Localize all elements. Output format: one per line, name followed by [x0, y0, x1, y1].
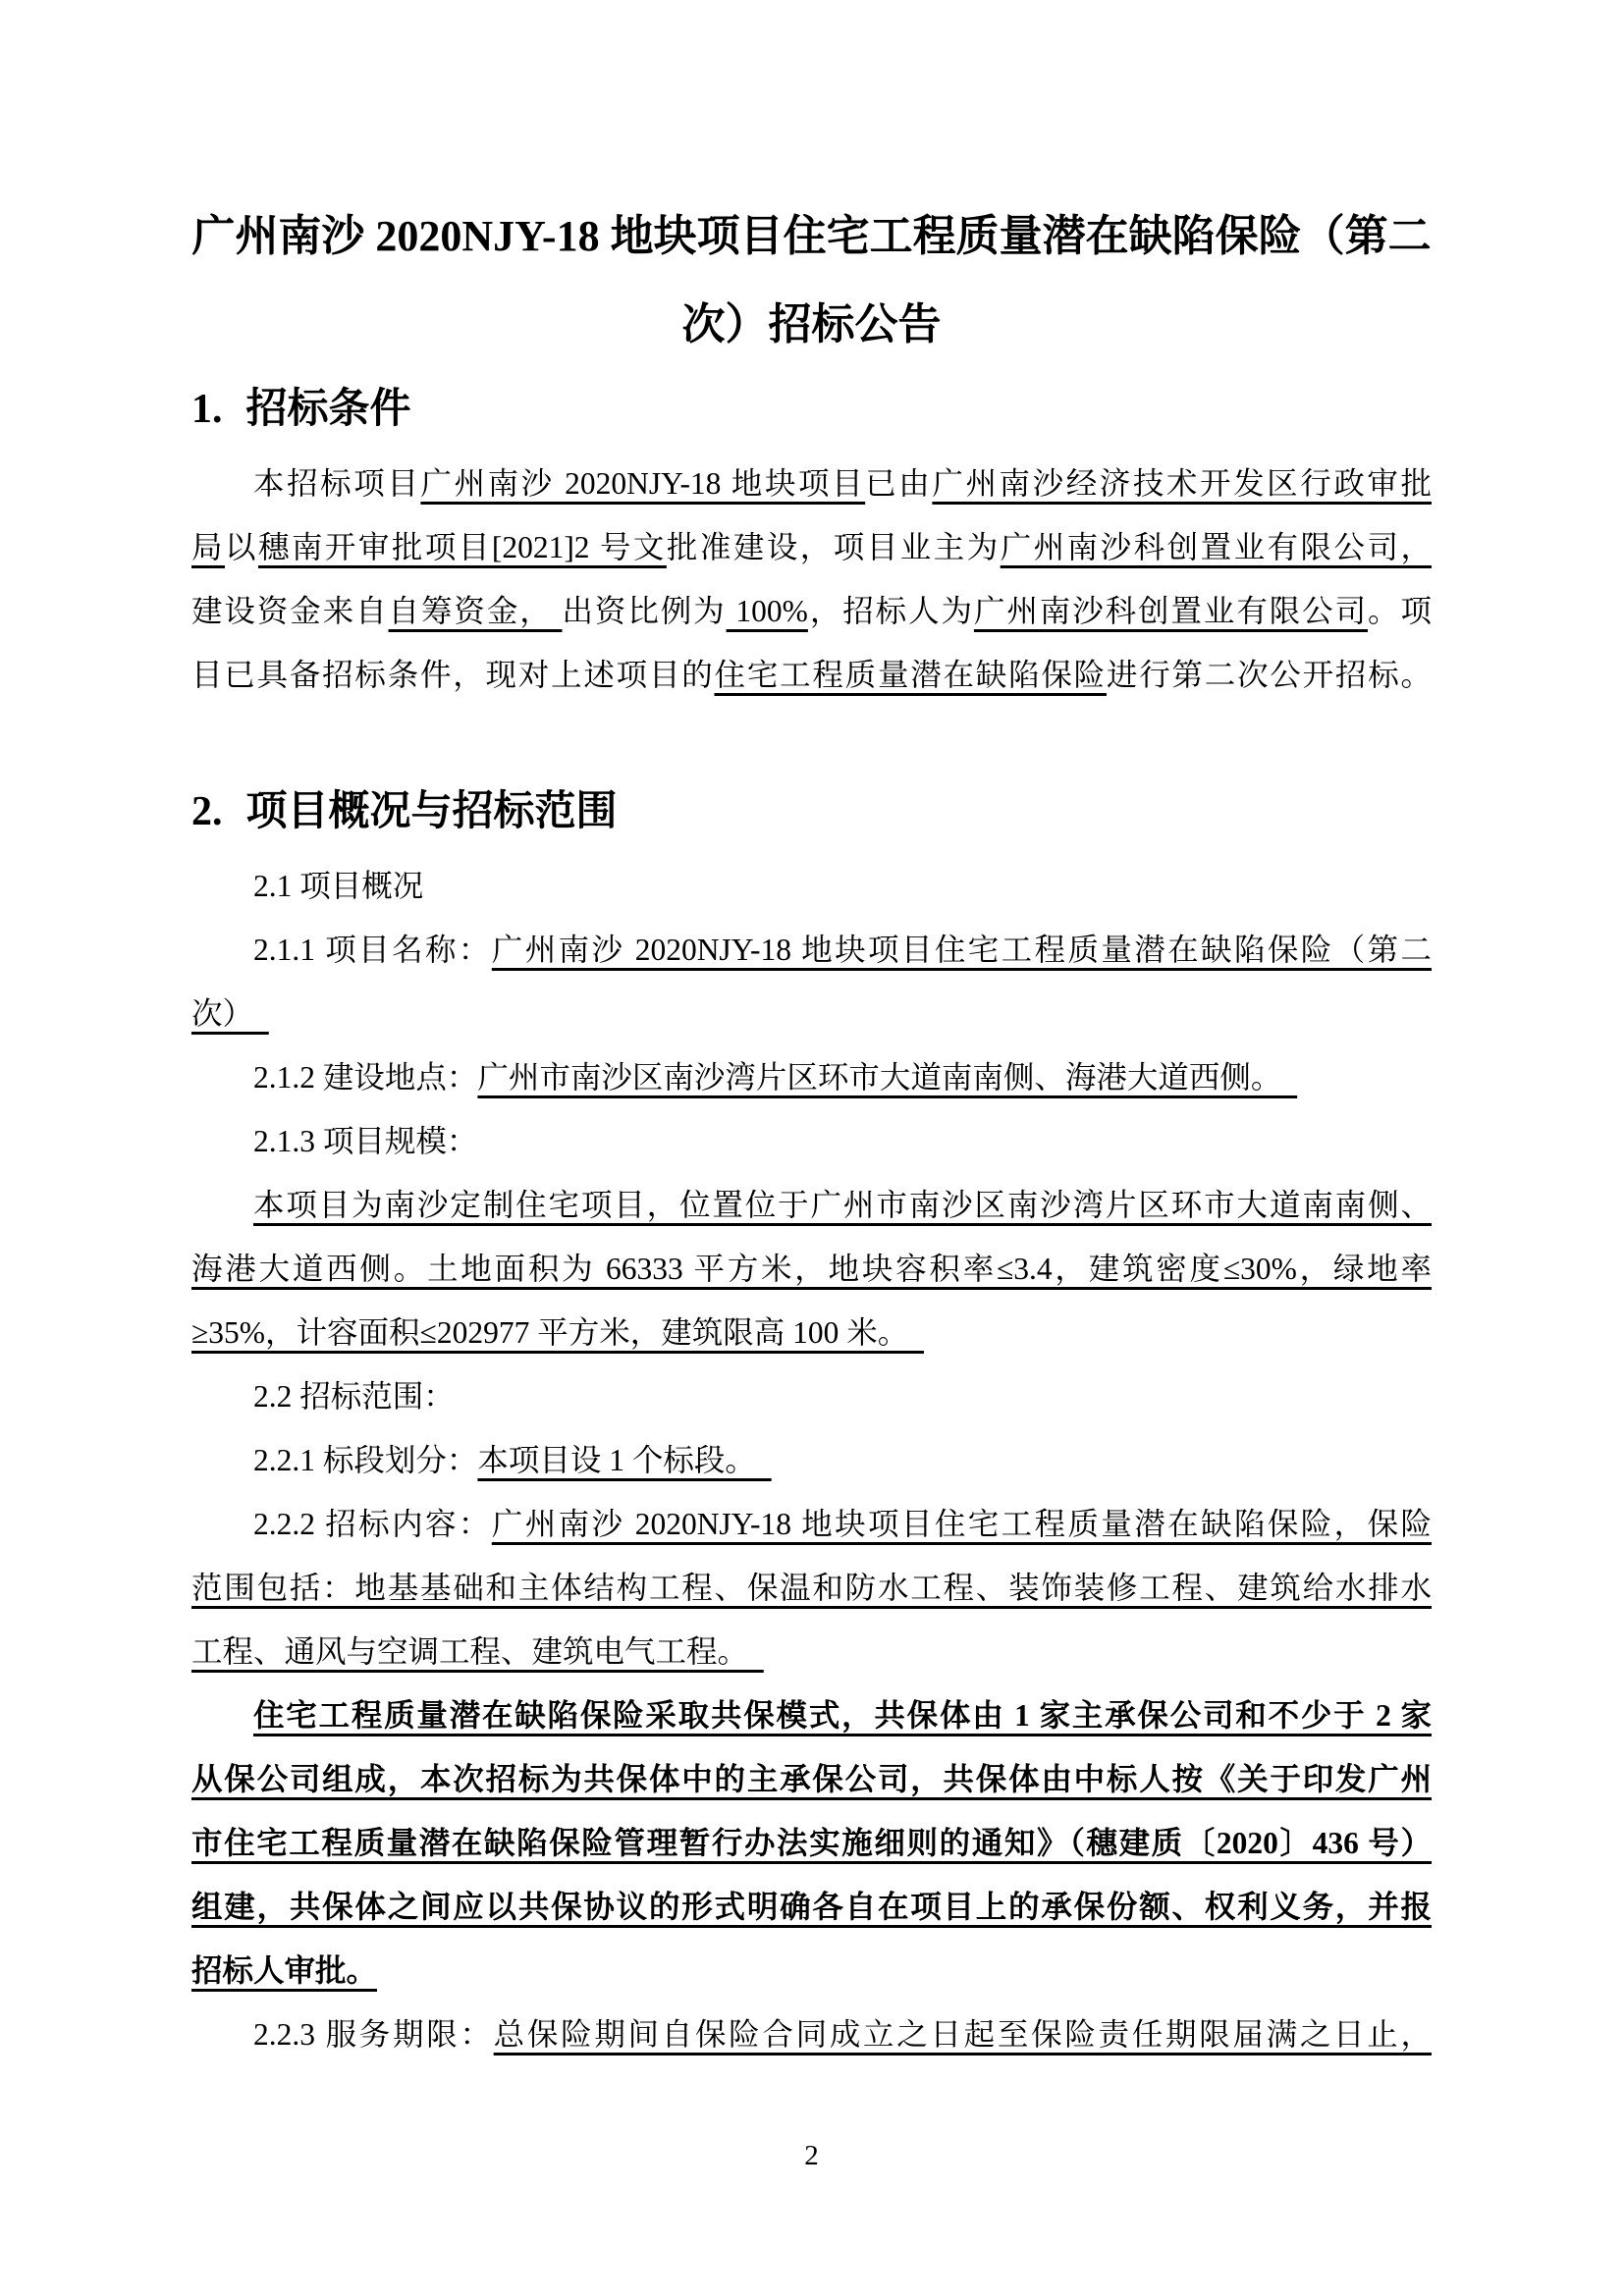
text-line: 建设资金来自自筹资金， 出资比例为 100%，招标人为广州南沙科创置业有限公司。…	[191, 579, 1432, 643]
text-run: 从保公司组成，本次招标为共保体中的主承保公司，共保体由中标人按《关于印发广州	[191, 1762, 1432, 1796]
text-line: 海港大道西侧。土地面积为 66333 平方米，地块容积率≤3.4，建筑密度≤30…	[191, 1237, 1432, 1301]
text-run: ≥35%，计容面积≤202977 平方米，建筑限高 100 米。	[191, 1315, 924, 1350]
text-run: 局	[191, 530, 225, 564]
text-line: 2.1.1 项目名称：广州南沙 2020NJY-18 地块项目住宅工程质量潜在缺…	[191, 918, 1432, 982]
text-run: 穗南开审批项目[2021]2 号文	[258, 530, 667, 564]
text-line: 2.2.1 标段划分：本项目设 1 个标段。	[191, 1428, 1432, 1492]
text-line: 本招标项目广州南沙 2020NJY-18 地块项目已由广州南沙经济技术开发区行政…	[191, 452, 1432, 515]
text-line: ≥35%，计容面积≤202977 平方米，建筑限高 100 米。	[191, 1301, 1432, 1364]
text-run: 招标人审批。	[191, 1953, 377, 1988]
text-line: 市住宅工程质量潜在缺陷保险管理暂行办法实施细则的通知》（穗建质〔2020〕436…	[191, 1811, 1432, 1875]
text-line: 从保公司组成，本次招标为共保体中的主承保公司，共保体由中标人按《关于印发广州	[191, 1747, 1432, 1811]
document-page: 广州南沙 2020NJY-18 地块项目住宅工程质量潜在缺陷保险（第二 次）招标…	[0, 0, 1624, 2296]
section-heading: 1.招标条件	[191, 381, 1432, 438]
text-run: 次）	[191, 996, 269, 1031]
text-run: 广州南沙经济技术开发区行政审批	[932, 466, 1432, 501]
paragraph: 住宅工程质量潜在缺陷保险采取共保模式，共保体由 1 家主承保公司和不少于 2 家…	[191, 1683, 1432, 2002]
paragraph: 本项目为南沙定制住宅项目，位置位于广州市南沙区南沙湾片区环市大道南南侧、海港大道…	[191, 1173, 1432, 1364]
page-footer: 2	[191, 2135, 1432, 2176]
text-line: 2.2.2 招标内容：广州南沙 2020NJY-18 地块项目住宅工程质量潜在缺…	[191, 1492, 1432, 1556]
text-run: 广州南沙科创置业有限公司，	[1001, 530, 1432, 564]
text-run: 2.2.2 招标内容：	[253, 1507, 492, 1541]
text-run: 批准建设，项目业主为	[667, 530, 1001, 564]
text-run: 住宅工程质量潜在缺陷保险	[715, 658, 1107, 692]
text-run: 市住宅工程质量潜在缺陷保险管理暂行办法实施细则的通知》（穗建质〔2020〕436…	[191, 1826, 1432, 1860]
text-line: 2.1 项目概况	[191, 854, 1432, 918]
section-heading: 2.项目概况与招标范围	[191, 783, 1432, 840]
text-line: 住宅工程质量潜在缺陷保险采取共保模式，共保体由 1 家主承保公司和不少于 2 家	[191, 1683, 1432, 1747]
heading-number: 1.	[191, 387, 223, 432]
text-line: 2.1.2 建设地点：广州市南沙区南沙湾片区环市大道南南侧、海港大道西侧。	[191, 1045, 1432, 1109]
text-run: 广州南沙 2020NJY-18 地块项目住宅工程质量潜在缺陷保险（第二	[492, 933, 1432, 967]
text-run: 2.1.2 建设地点：	[253, 1060, 477, 1095]
heading-number: 2.	[191, 789, 223, 834]
text-run: 组建，共保体之间应以共保协议的形式明确各自在项目上的承保份额、权利义务，并报	[191, 1890, 1432, 1924]
text-run: 100%	[727, 594, 808, 628]
text-run: 目已具备招标条件，现对上述项目的	[191, 658, 715, 692]
heading-text: 项目概况与招标范围	[246, 789, 618, 834]
text-run: 出资比例为	[562, 594, 726, 628]
page-number: 2	[804, 2140, 819, 2171]
text-run: 2.1 项目概况	[253, 869, 423, 903]
text-line: 范围包括：地基基础和主体结构工程、保温和防水工程、装饰装修工程、建筑给水排水	[191, 1556, 1432, 1620]
text-run: 2.2 招标范围：	[253, 1379, 455, 1414]
text-line: 次）	[191, 982, 1432, 1045]
text-run: 总保险期间自保险合同成立之日起至保险责任期限届满之日止，	[494, 2017, 1432, 2052]
paragraph: 2.1 项目概况	[191, 854, 1432, 918]
paragraph: 2.1.1 项目名称：广州南沙 2020NJY-18 地块项目住宅工程质量潜在缺…	[191, 918, 1432, 1045]
text-run: 住宅工程质量潜在缺陷保险采取共保模式，共保体由 1 家主承保公司和不少于 2 家	[253, 1698, 1432, 1733]
document-title-line2: 次）招标公告	[191, 281, 1432, 369]
text-run: 广州南沙科创置业有限公司	[974, 594, 1368, 628]
text-run: 范围包括：地基基础和主体结构工程、保温和防水工程、装饰装修工程、建筑给水排水	[191, 1571, 1432, 1605]
text-run: 广州市南沙区南沙湾片区环市大道南南侧、海港大道西侧。	[477, 1060, 1297, 1095]
text-run: 2.2.1 标段划分：	[253, 1443, 477, 1477]
text-run: 广州南沙 2020NJY-18 地块项目	[420, 466, 865, 501]
text-line: 2.2 招标范围：	[191, 1364, 1432, 1428]
paragraph: 2.2 招标范围：	[191, 1364, 1432, 1428]
text-line: 组建，共保体之间应以共保协议的形式明确各自在项目上的承保份额、权利义务，并报	[191, 1875, 1432, 1939]
text-run: 已由	[865, 466, 932, 501]
text-run: 本项目为南沙定制住宅项目，位置位于广州市南沙区南沙湾片区环市大道南南侧、	[253, 1188, 1432, 1222]
text-run: ，招标人为	[808, 594, 974, 628]
text-run: 海港大道西侧。土地面积为 66333 平方米，地块容积率≤3.4，建筑密度≤30…	[191, 1252, 1432, 1286]
document-body: 1.招标条件本招标项目广州南沙 2020NJY-18 地块项目已由广州南沙经济技…	[191, 381, 1432, 2066]
text-run: 本招标项目	[253, 466, 420, 501]
text-run: 建设资金来自	[191, 594, 389, 628]
text-run: 2.1.1 项目名称：	[253, 933, 492, 967]
text-run: 以	[225, 530, 258, 564]
text-line: 2.1.3 项目规模：	[191, 1109, 1432, 1173]
text-line: 本项目为南沙定制住宅项目，位置位于广州市南沙区南沙湾片区环市大道南南侧、	[191, 1173, 1432, 1237]
paragraph: 2.1.2 建设地点：广州市南沙区南沙湾片区环市大道南南侧、海港大道西侧。	[191, 1045, 1432, 1109]
document-title-line1: 广州南沙 2020NJY-18 地块项目住宅工程质量潜在缺陷保险（第二	[191, 192, 1432, 281]
text-run: 自筹资金，	[389, 594, 563, 628]
text-run: 。项	[1368, 594, 1432, 628]
text-run: 2.1.3 项目规模：	[253, 1124, 477, 1158]
text-line: 工程、通风与空调工程、建筑电气工程。	[191, 1620, 1432, 1683]
text-run: 进行第二次公开招标。	[1107, 658, 1432, 692]
paragraph: 2.2.3 服务期限：总保险期间自保险合同成立之日起至保险责任期限届满之日止，	[191, 2002, 1432, 2066]
paragraph: 本招标项目广州南沙 2020NJY-18 地块项目已由广州南沙经济技术开发区行政…	[191, 452, 1432, 707]
heading-text: 招标条件	[246, 387, 411, 432]
text-line: 2.2.3 服务期限：总保险期间自保险合同成立之日起至保险责任期限届满之日止，	[191, 2002, 1432, 2066]
text-run: 2.2.3 服务期限：	[253, 2017, 494, 2052]
paragraph: 2.2.2 招标内容：广州南沙 2020NJY-18 地块项目住宅工程质量潜在缺…	[191, 1492, 1432, 1683]
text-line: 目已具备招标条件，现对上述项目的住宅工程质量潜在缺陷保险进行第二次公开招标。	[191, 643, 1432, 707]
paragraph: 2.1.3 项目规模：	[191, 1109, 1432, 1173]
text-run: 广州南沙 2020NJY-18 地块项目住宅工程质量潜在缺陷保险，保险	[492, 1507, 1432, 1541]
text-run: 工程、通风与空调工程、建筑电气工程。	[191, 1634, 764, 1669]
document-title: 广州南沙 2020NJY-18 地块项目住宅工程质量潜在缺陷保险（第二 次）招标…	[191, 192, 1432, 369]
text-run: 本项目设 1 个标段。	[477, 1443, 771, 1477]
text-line: 招标人审批。	[191, 1939, 1432, 2002]
text-line: 局以穗南开审批项目[2021]2 号文批准建设，项目业主为广州南沙科创置业有限公…	[191, 515, 1432, 579]
paragraph: 2.2.1 标段划分：本项目设 1 个标段。	[191, 1428, 1432, 1492]
